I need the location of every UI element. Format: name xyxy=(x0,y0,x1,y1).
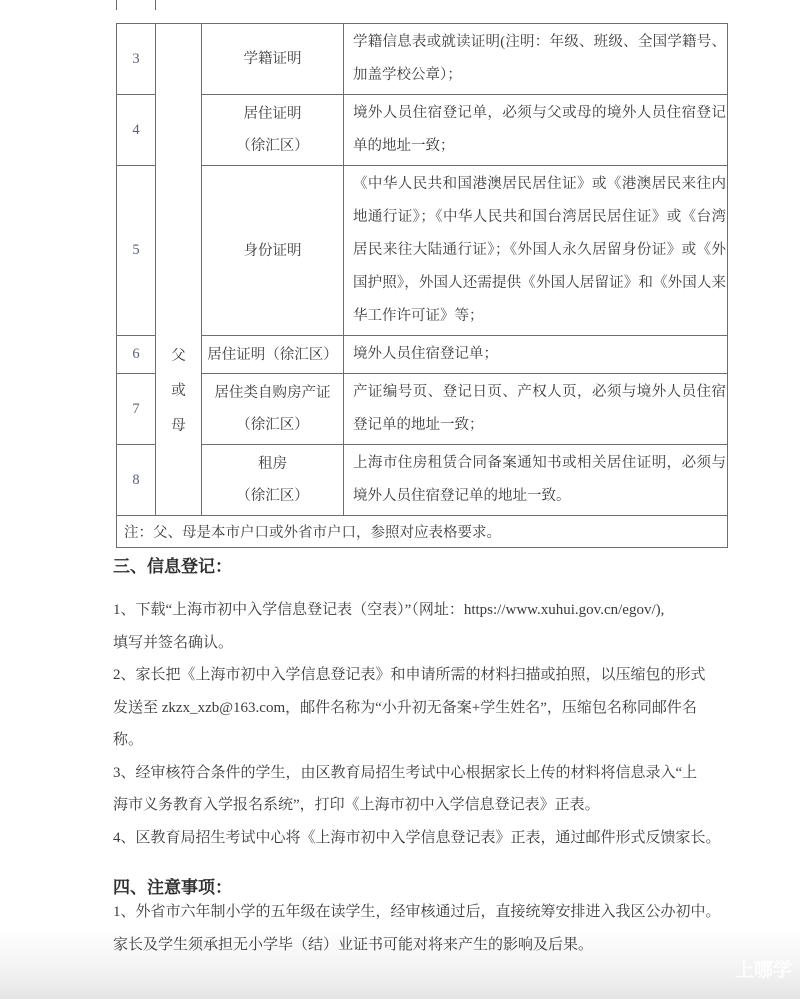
paragraph-line: 家长及学生须承担无小学毕（结）业证书可能对将来产生的影响及后果。 xyxy=(113,929,721,962)
paragraph-line: 4、区教育局招生考试中心将《上海市初中入学信息登记表》正表，通过邮件形式反馈家长… xyxy=(113,822,721,855)
enrollment-materials-table: 3 父 或 母 学籍证明 学籍信息表或就读证明(注明：年级、班级、全国学籍号、加… xyxy=(116,23,728,548)
table-note: 注：父、母是本市户口或外省市户口，参照对应表格要求。 xyxy=(117,516,728,548)
row-number: 3 xyxy=(117,24,156,95)
table-row: 7 居住类自购房产证 （徐汇区） 产证编号页、登记日页、产权人页，必须与境外人员… xyxy=(117,374,728,445)
certificate-type-line: 租房 xyxy=(202,448,343,480)
table-row: 3 父 或 母 学籍证明 学籍信息表或就读证明(注明：年级、班级、全国学籍号、加… xyxy=(117,24,728,95)
certificate-type-cell: 学籍证明 xyxy=(202,24,344,95)
paragraph-line: 海市义务教育入学报名系统”，打印《上海市初中入学信息登记表》正表。 xyxy=(113,789,721,822)
certificate-desc-cell: 《中华人民共和国港澳居民居住证》或《港澳居民来往内地通行证》；《中华人民共和国台… xyxy=(344,166,728,336)
table-cutoff-border-left xyxy=(116,0,117,10)
certificate-type-line: 身份证明 xyxy=(202,235,343,267)
certificate-type-line: 学籍证明 xyxy=(202,43,343,75)
parent-char: 或 xyxy=(156,374,201,409)
row-number: 7 xyxy=(117,374,156,445)
table-note-row: 注：父、母是本市户口或外省市户口，参照对应表格要求。 xyxy=(117,516,728,548)
certificate-type-line: （徐汇区） xyxy=(202,409,343,441)
section3-heading: 三、信息登记： xyxy=(113,555,232,579)
row-number: 5 xyxy=(117,166,156,336)
table-row: 5 身份证明 《中华人民共和国港澳居民居住证》或《港澳居民来往内地通行证》；《中… xyxy=(117,166,728,336)
certificate-desc-cell: 上海市住房租赁合同备案通知书或相关居住证明，必须与境外人员住宿登记单的地址一致。 xyxy=(344,445,728,516)
certificate-type-line: 居住类自购房产证 xyxy=(202,377,343,409)
certificate-type-line: （徐汇区） xyxy=(202,480,343,512)
watermark-text: 上哪学 xyxy=(735,955,792,982)
certificate-type-cell: 身份证明 xyxy=(202,166,344,336)
row-number: 8 xyxy=(117,445,156,516)
certificate-desc-cell: 学籍信息表或就读证明(注明：年级、班级、全国学籍号、加盖学校公章）； xyxy=(344,24,728,95)
table-row: 4 居住证明 （徐汇区） 境外人员住宿登记单，必须与父或母的境外人员住宿登记单的… xyxy=(117,95,728,166)
row-number: 4 xyxy=(117,95,156,166)
certificate-type-cell: 租房 （徐汇区） xyxy=(202,445,344,516)
parent-char: 母 xyxy=(156,409,201,444)
paragraph-line: 3、经审核符合条件的学生，由区教育局招生考试中心根据家长上传的材料将信息录入“上 xyxy=(113,757,721,790)
certificate-desc-cell: 境外人员住宿登记单，必须与父或母的境外人员住宿登记单的地址一致； xyxy=(344,95,728,166)
section3-body: 1、下载“上海市初中入学信息登记表（空表）”（网址：https://www.xu… xyxy=(113,594,721,854)
certificate-type-cell: 居住证明 （徐汇区） xyxy=(202,95,344,166)
certificate-type-line: 居住证明（徐汇区） xyxy=(202,339,343,371)
certificate-type-line: 居住证明 xyxy=(202,98,343,130)
paragraph-line: 发送至 zkzx_xzb@163.com，邮件名称为“小升初无备案+学生姓名”，… xyxy=(113,692,721,725)
parent-merged-cell: 父 或 母 xyxy=(156,24,202,516)
certificate-type-cell: 居住类自购房产证 （徐汇区） xyxy=(202,374,344,445)
paragraph-line: 2、家长把《上海市初中入学信息登记表》和申请所需的材料扫描或拍照，以压缩包的形式 xyxy=(113,659,721,692)
parent-char: 父 xyxy=(156,339,201,374)
paragraph-line: 1、外省市六年制小学的五年级在读学生，经审核通过后，直接统筹安排进入我区公办初中… xyxy=(113,896,721,929)
certificate-type-line: （徐汇区） xyxy=(202,130,343,162)
section4-body: 1、外省市六年制小学的五年级在读学生，经审核通过后，直接统筹安排进入我区公办初中… xyxy=(113,896,721,961)
table-row: 6 居住证明（徐汇区） 境外人员住宿登记单； xyxy=(117,336,728,374)
table-cutoff-border-col1 xyxy=(155,0,156,10)
certificate-type-cell: 居住证明（徐汇区） xyxy=(202,336,344,374)
row-number: 6 xyxy=(117,336,156,374)
paragraph-line: 称。 xyxy=(113,724,721,757)
paragraph-line: 填写并签名确认。 xyxy=(113,627,721,660)
table-row: 8 租房 （徐汇区） 上海市住房租赁合同备案通知书或相关居住证明，必须与境外人员… xyxy=(117,445,728,516)
certificate-desc-cell: 境外人员住宿登记单； xyxy=(344,336,728,374)
certificate-desc-cell: 产证编号页、登记日页、产权人页，必须与境外人员住宿登记单的地址一致； xyxy=(344,374,728,445)
paragraph-line: 1、下载“上海市初中入学信息登记表（空表）”（网址：https://www.xu… xyxy=(113,594,721,627)
